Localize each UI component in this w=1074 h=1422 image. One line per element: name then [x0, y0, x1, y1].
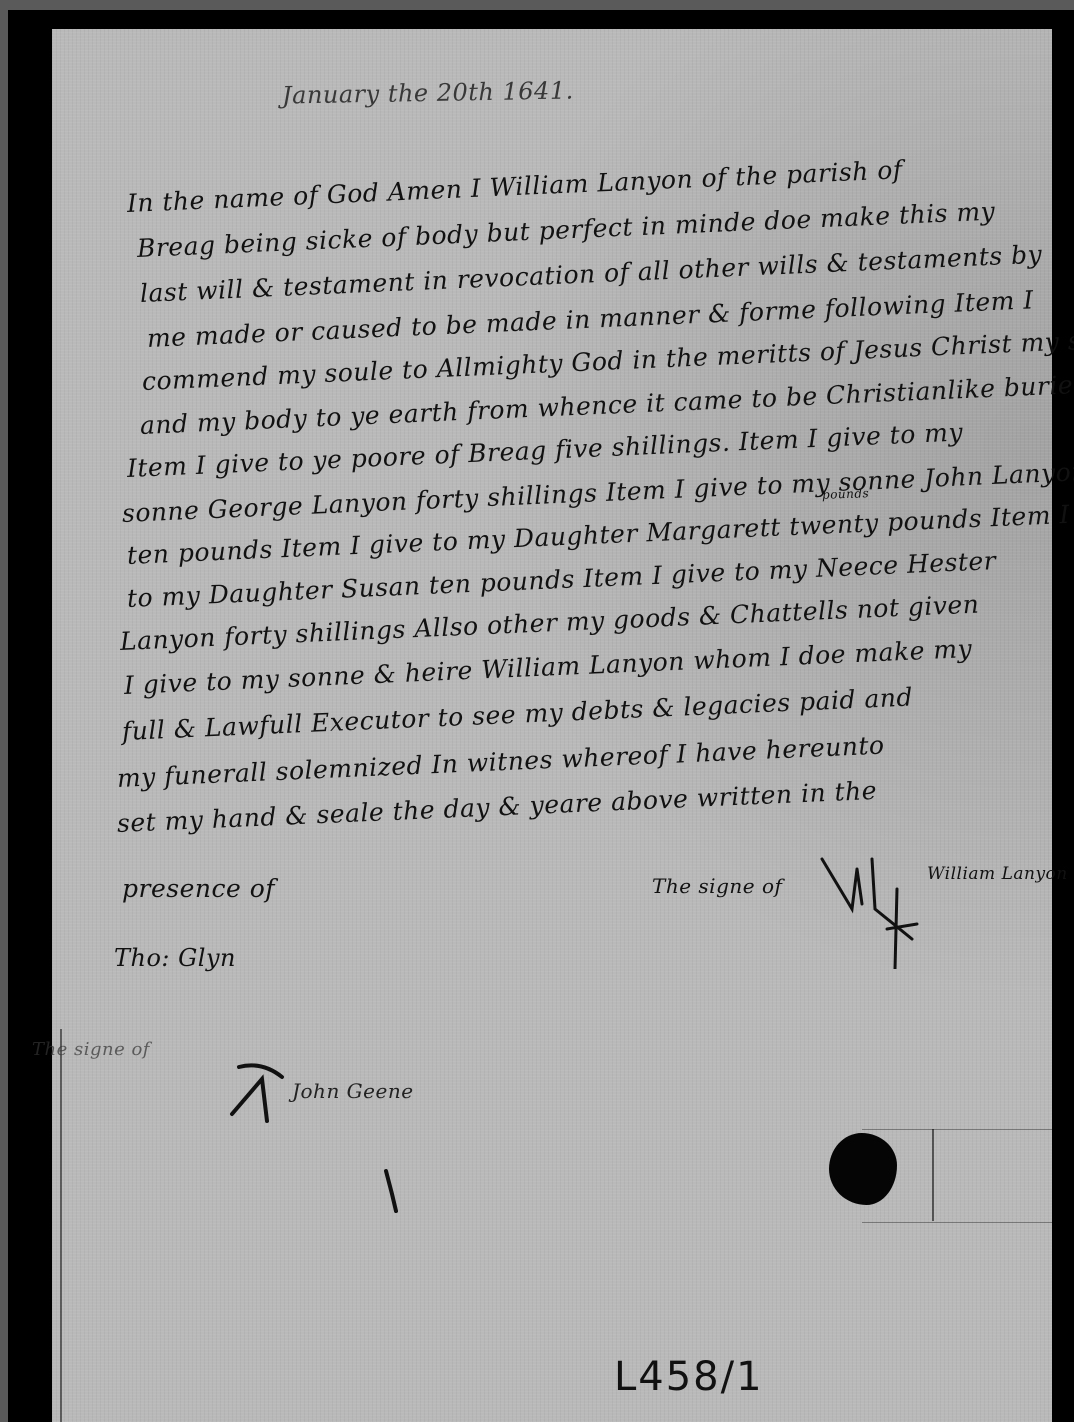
page-fold-edge: [60, 1029, 62, 1422]
signer-name: William Lanyon: [927, 864, 1068, 884]
signer-mark-icon: [817, 849, 927, 969]
signer-mark-label: The signe of: [652, 874, 782, 898]
seal-tag-divider: [932, 1129, 934, 1221]
presence-line: presence of: [122, 874, 275, 903]
date-heading: January the 20th 1641.: [282, 76, 574, 109]
witness-mark-label: The signe of: [32, 1039, 150, 1060]
wax-seal-icon: [829, 1133, 897, 1205]
ink-stroke-icon: [382, 1169, 402, 1214]
witness-mark-icon: [227, 1059, 297, 1129]
manuscript-page: January the 20th 1641. In the name of Go…: [52, 29, 1052, 1422]
witness-name: John Geene: [292, 1079, 414, 1103]
witness-signature: Tho: Glyn: [114, 944, 236, 972]
interlineation: pounds: [822, 486, 870, 502]
archive-reference-number: L458/1: [614, 1354, 764, 1400]
